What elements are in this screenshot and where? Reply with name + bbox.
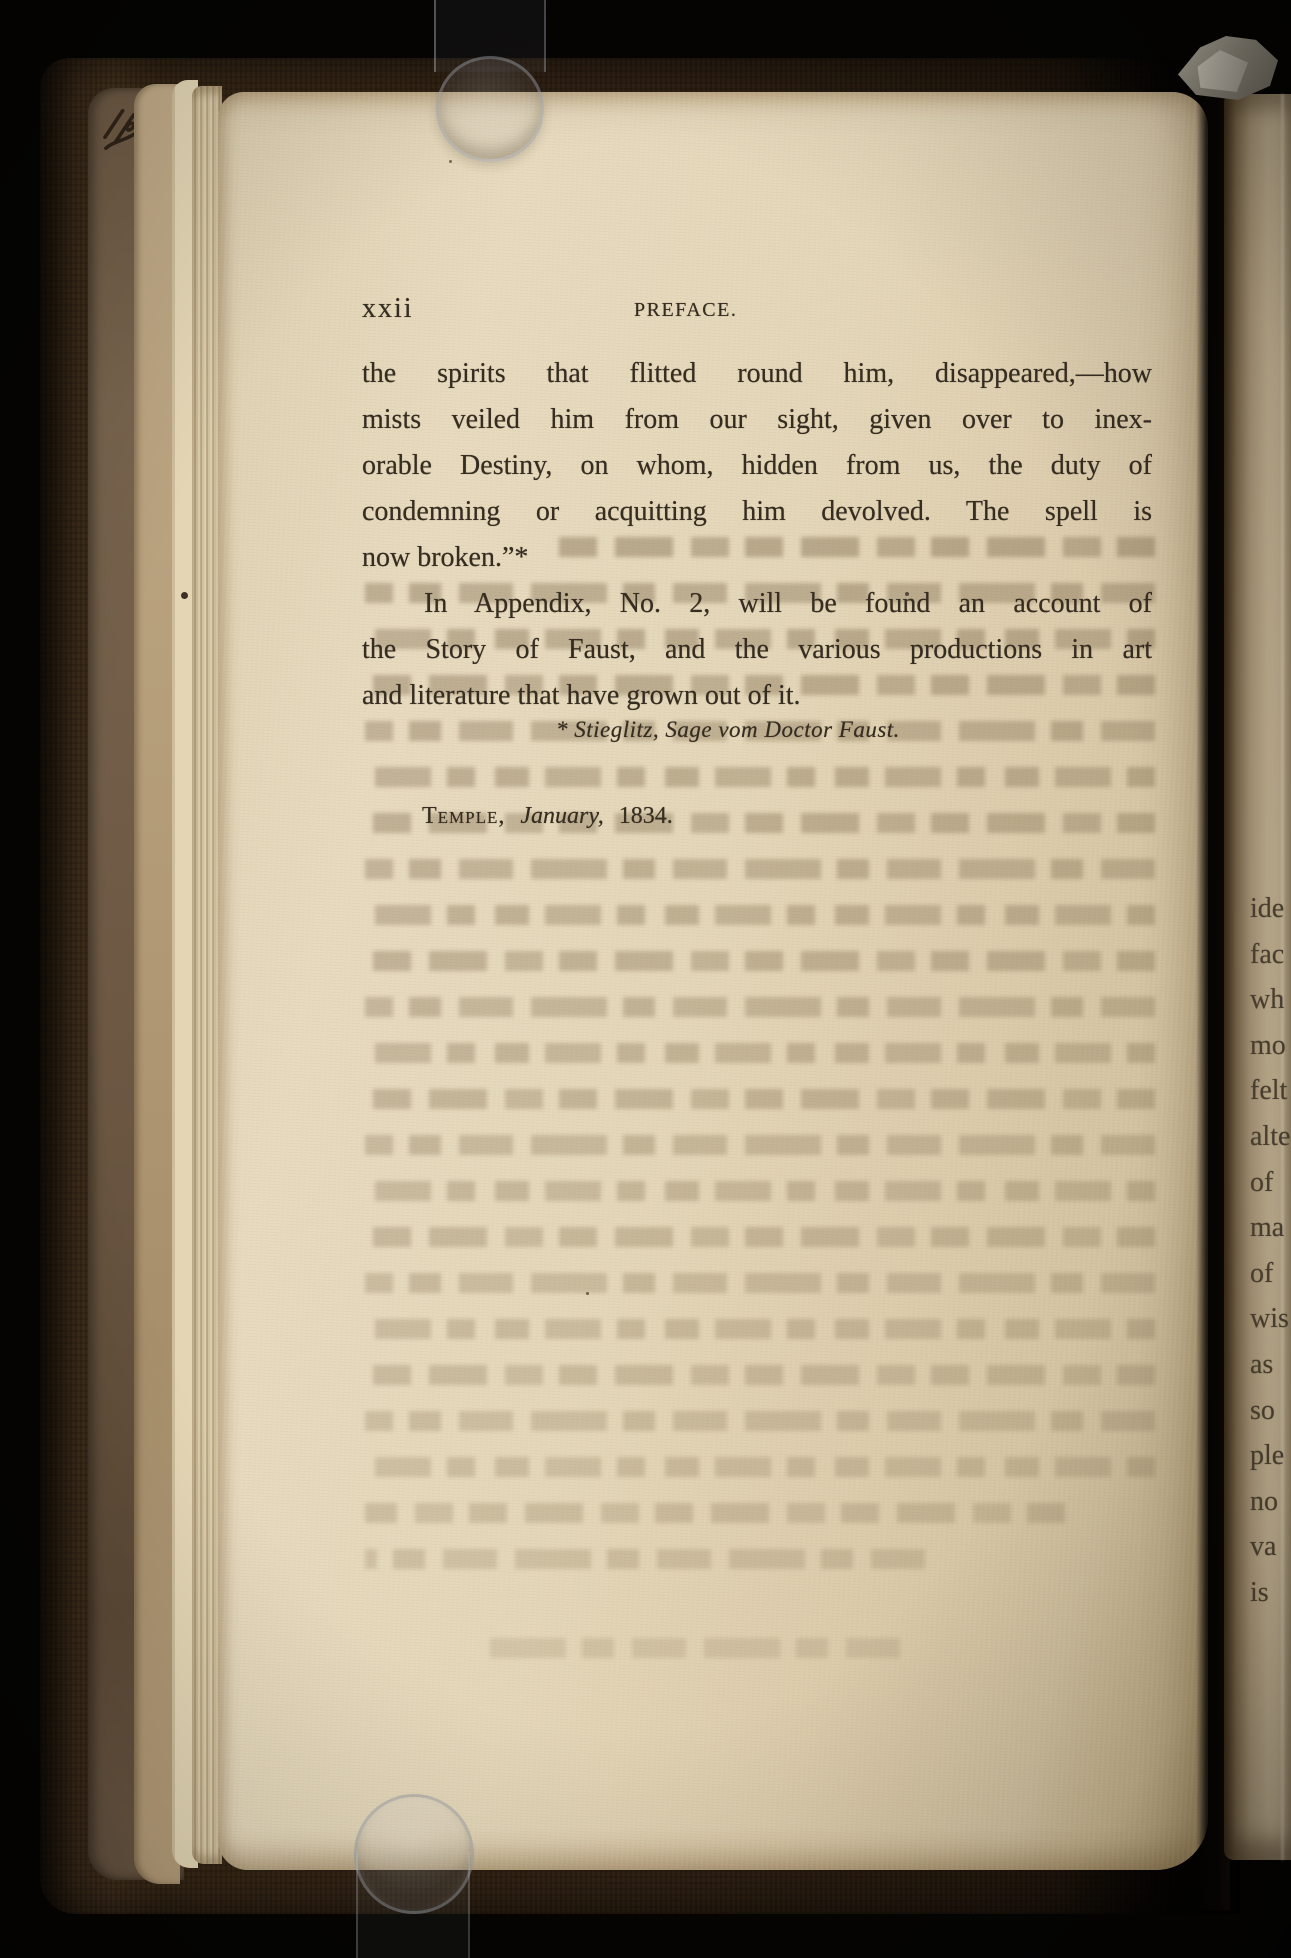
facing-line-fragment: of [1250,1251,1291,1297]
body-line: the Story of Faust, and the various prod… [362,627,1152,673]
facing-line-fragment: ma [1250,1205,1291,1251]
dateline-month: January, [520,803,603,829]
body-line: now broken.”* [362,535,1152,581]
body-line: the spirits that flitted round him, disa… [362,351,1152,397]
facing-line-fragment: as [1250,1342,1291,1388]
facing-line-fragment: so [1250,1388,1291,1434]
running-head: PREFACE. [634,299,737,322]
dateline-place: Temple, [422,803,505,829]
facing-line-fragment: fac [1250,932,1291,978]
body-line: condemning or acquitting him devolved. T… [362,489,1152,535]
page-holder-strip-bottom [356,1852,470,1958]
body-line: In Appendix, No. 2, will be found an acc… [362,581,1152,627]
facing-line-fragment: va [1250,1524,1291,1570]
facing-line-fragment: ple [1250,1433,1291,1479]
facing-line-fragment: is [1250,1570,1291,1616]
dateline-year: 1834. [619,803,673,829]
paper-speck [586,1292,589,1295]
folio-number: xxii [362,293,414,325]
body-text: the spirits that flitted round him, disa… [362,351,1152,719]
facing-line-fragment: wh [1250,977,1291,1023]
facing-line-fragment: alte [1250,1114,1291,1160]
paper-speck [449,160,452,163]
facing-line-fragment: mo [1250,1023,1291,1069]
dateline: Temple, January, 1834. [422,803,682,830]
body-line: mists veiled him from our sight, given o… [362,397,1152,443]
facing-line-fragment: of [1250,1160,1291,1206]
book-photograph: xxii PREFACE. the spirits that flitted r… [0,0,1291,1958]
body-line: and literature that have grown out of it… [362,673,1152,719]
facing-line-fragment: wis [1250,1296,1291,1342]
paper-speck [181,592,188,599]
facing-line-fragment: felt [1250,1068,1291,1114]
page-holder-disc-top [436,56,544,162]
facing-line-fragment: no [1250,1479,1291,1525]
facing-line-fragment: ide [1250,886,1291,932]
footnote: * Stieglitz, Sage vom Doctor Faust. [556,717,900,743]
body-line: orable Destiny, on whom, hidden from us,… [362,443,1152,489]
facing-page-fragments: idefacwhmofeltalteofmaofwisassoplenovais [1250,886,1291,1616]
